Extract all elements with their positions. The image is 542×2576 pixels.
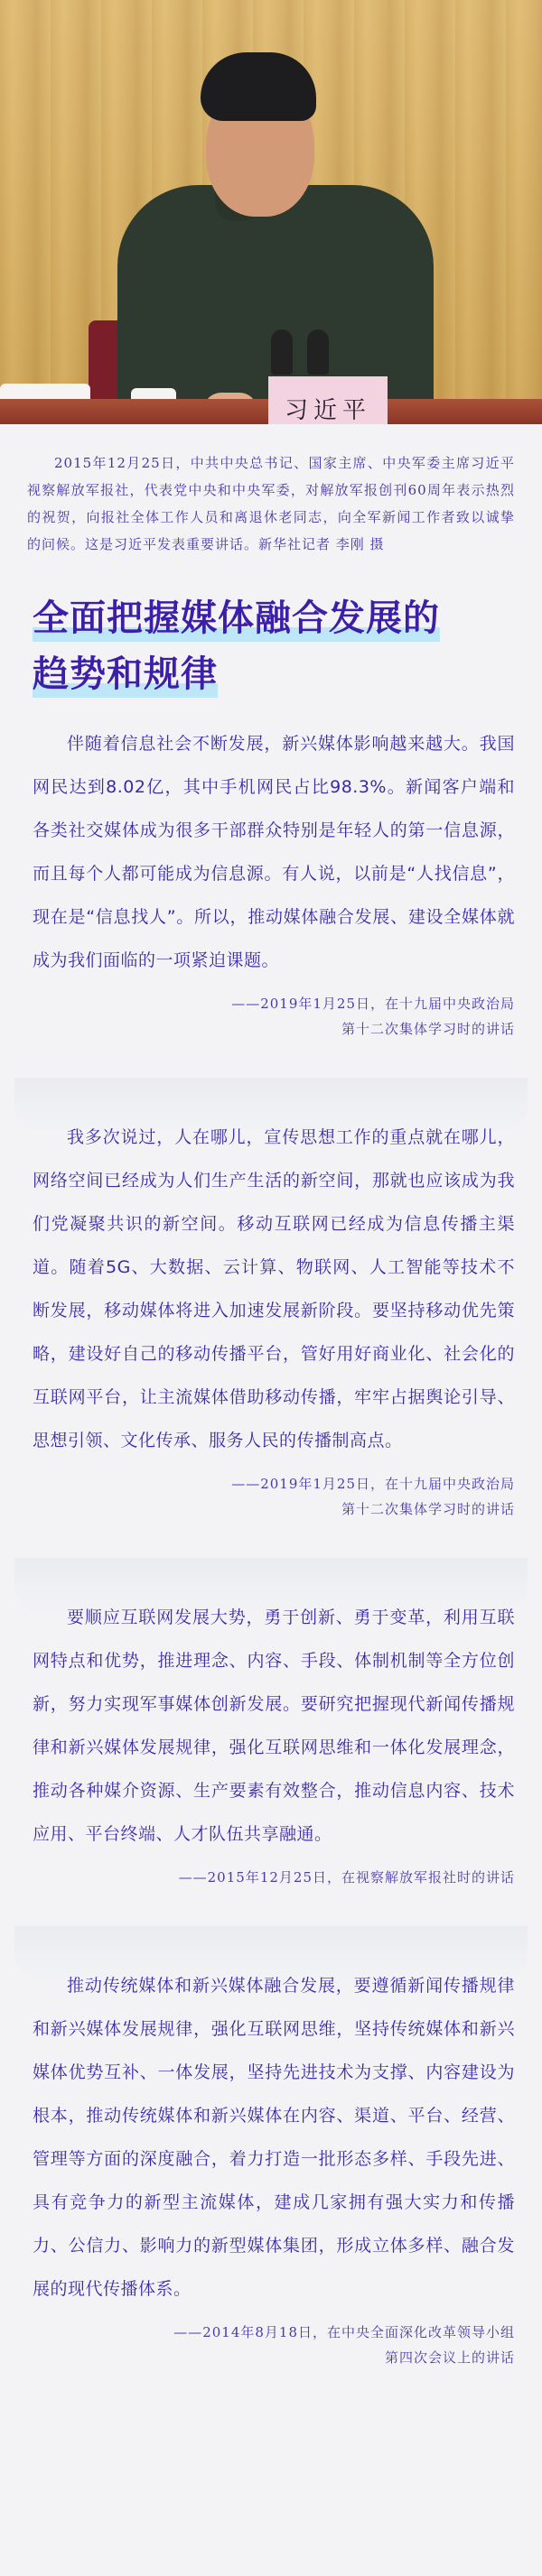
microphone-icon bbox=[307, 329, 329, 375]
quote-source-line: 第十二次集体学习时的讲话 bbox=[33, 1016, 515, 1042]
nameplate: 习近平 bbox=[268, 376, 388, 424]
quote-source: ——2015年12月25日，在视察解放军报社时的讲话 bbox=[33, 1865, 515, 1890]
photo-caption: 2015年12月25日，中共中央总书记、国家主席、中央军委主席习近平视察解放军报… bbox=[0, 431, 542, 558]
bottom-spacer bbox=[0, 2406, 542, 2488]
quote-card: 推动传统媒体和新兴媒体融合发展，要遵循新闻传播规律和新兴媒体发展规律，强化互联网… bbox=[0, 1926, 542, 2406]
quote-body: 要顺应互联网发展大势，勇于创新、勇于变革，利用互联网特点和优势，推进理念、内容、… bbox=[33, 1596, 515, 1856]
quote-source: ——2019年1月25日，在十九届中央政治局 第十二次集体学习时的讲话 bbox=[33, 1471, 515, 1522]
quote-card: 我多次说过，人在哪儿，宣传思想工作的重点就在哪儿，网络空间已经成为人们生产生活的… bbox=[0, 1078, 542, 1558]
quote-card: 伴随着信息社会不断发展，新兴媒体影响越来越大。我国网民达到8.02亿，其中手机网… bbox=[0, 702, 542, 1078]
page-title: 全面把握媒体融合发展的 趋势和规律 bbox=[0, 558, 542, 702]
quote-body: 我多次说过，人在哪儿，宣传思想工作的重点就在哪儿，网络空间已经成为人们生产生活的… bbox=[33, 1116, 515, 1462]
speaker-hair bbox=[201, 52, 316, 121]
quote-source-line: 第十二次集体学习时的讲话 bbox=[33, 1496, 515, 1522]
quote-source-line: ——2014年8月18日，在中央全面深化改革领导小组 bbox=[33, 2320, 515, 2345]
title-line-2: 趋势和规律 bbox=[33, 646, 218, 702]
quote-body: 伴随着信息社会不断发展，新兴媒体影响越来越大。我国网民达到8.02亿，其中手机网… bbox=[33, 722, 515, 982]
news-photo: 习近平 bbox=[0, 0, 542, 424]
quote-source-line: 第四次会议上的讲话 bbox=[33, 2345, 515, 2370]
quote-source-line: ——2019年1月25日，在十九届中央政治局 bbox=[33, 991, 515, 1016]
quote-source-line: ——2019年1月25日，在十九届中央政治局 bbox=[33, 1471, 515, 1496]
microphone-icon bbox=[271, 329, 293, 375]
quote-source: ——2014年8月18日，在中央全面深化改革领导小组 第四次会议上的讲话 bbox=[33, 2320, 515, 2370]
quote-card: 要顺应互联网发展大势，勇于创新、勇于变革，利用互联网特点和优势，推进理念、内容、… bbox=[0, 1558, 542, 1926]
quote-body: 推动传统媒体和新兴媒体融合发展，要遵循新闻传播规律和新兴媒体发展规律，强化互联网… bbox=[33, 1964, 515, 2311]
quote-source-line: ——2015年12月25日，在视察解放军报社时的讲话 bbox=[33, 1865, 515, 1890]
title-line-1: 全面把握媒体融合发展的 bbox=[33, 590, 440, 646]
article-page: 习近平 2015年12月25日，中共中央总书记、国家主席、中央军委主席习近平视察… bbox=[0, 0, 542, 2488]
quote-source: ——2019年1月25日，在十九届中央政治局 第十二次集体学习时的讲话 bbox=[33, 991, 515, 1042]
